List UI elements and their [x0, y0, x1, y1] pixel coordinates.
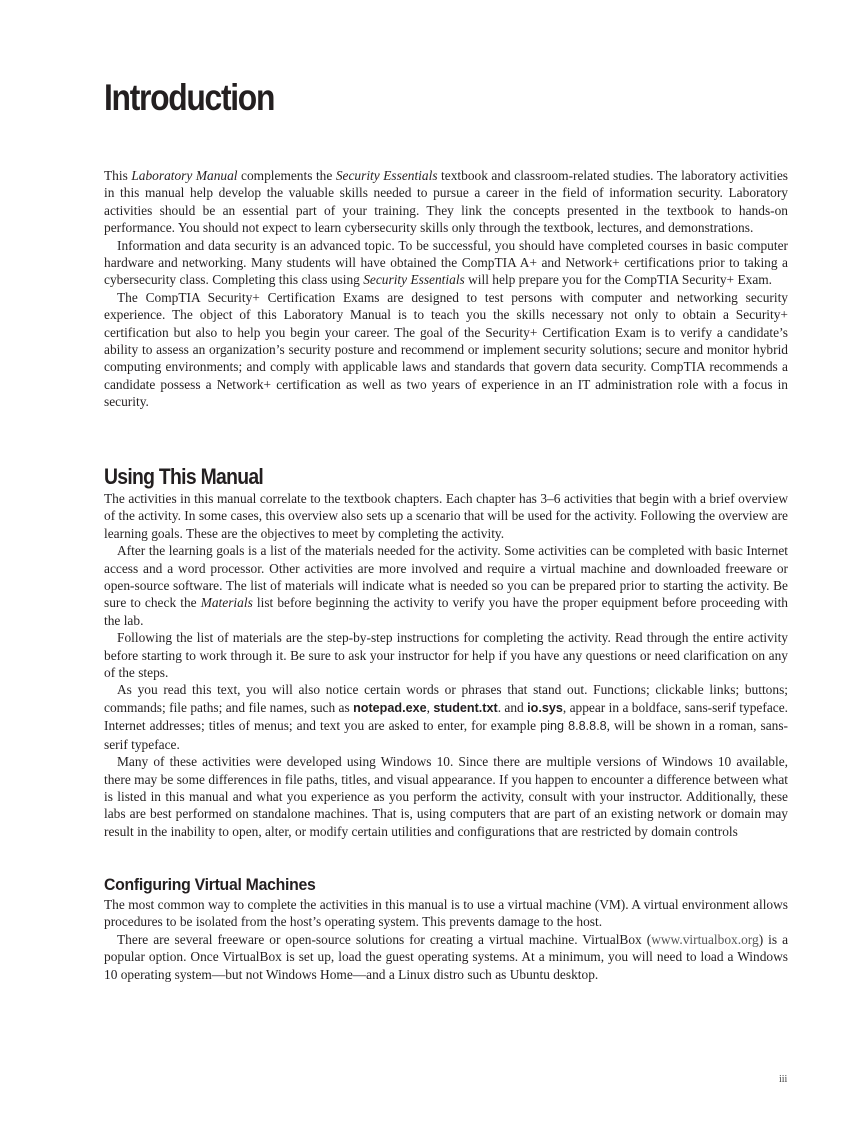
configuring-vms-section: Configuring Virtual Machines The most co… — [104, 874, 788, 983]
page-title: Introduction — [104, 74, 274, 122]
filename-student-txt: student.txt — [433, 701, 497, 715]
using-manual-paragraph-4: As you read this text, you will also not… — [104, 681, 788, 753]
italic-title-security-essentials: Security Essentials — [363, 272, 465, 287]
intro-paragraph-1: This Laboratory Manual complements the S… — [104, 167, 788, 237]
text-run: This — [104, 168, 131, 183]
configuring-vms-paragraph-2: There are several freeware or open-sourc… — [104, 931, 788, 983]
italic-materials: Materials — [201, 595, 253, 610]
italic-title-laboratory-manual: Laboratory Manual — [131, 168, 237, 183]
filename-io-sys: io.sys — [527, 701, 563, 715]
page-number: iii — [779, 1074, 787, 1085]
intro-paragraph-2: Information and data security is an adva… — [104, 237, 788, 289]
text-run: will help prepare you for the CompTIA Se… — [465, 272, 772, 287]
text-run: . and — [498, 700, 527, 715]
using-manual-paragraph-5: Many of these activities were developed … — [104, 753, 788, 840]
section-heading-configuring-virtual-machines: Configuring Virtual Machines — [104, 874, 740, 896]
intro-paragraph-3: The CompTIA Security+ Certification Exam… — [104, 289, 788, 411]
section-heading-using-this-manual: Using This Manual — [104, 464, 706, 490]
intro-section: This Laboratory Manual complements the S… — [104, 167, 788, 411]
command-example-ping: ping 8.8.8.8 — [540, 719, 607, 733]
using-manual-section: Using This Manual The activities in this… — [104, 464, 788, 840]
text-run: There are several freeware or open-sourc… — [117, 932, 651, 947]
using-manual-paragraph-2: After the learning goals is a list of th… — [104, 542, 788, 629]
configuring-vms-paragraph-1: The most common way to complete the acti… — [104, 896, 788, 931]
text-run: complements the — [238, 168, 336, 183]
virtualbox-url: www.virtualbox.org — [651, 932, 758, 947]
filename-notepad-exe: notepad.exe — [353, 701, 426, 715]
italic-title-security-essentials: Security Essentials — [336, 168, 438, 183]
using-manual-paragraph-3: Following the list of materials are the … — [104, 629, 788, 681]
using-manual-paragraph-1: The activities in this manual correlate … — [104, 490, 788, 542]
